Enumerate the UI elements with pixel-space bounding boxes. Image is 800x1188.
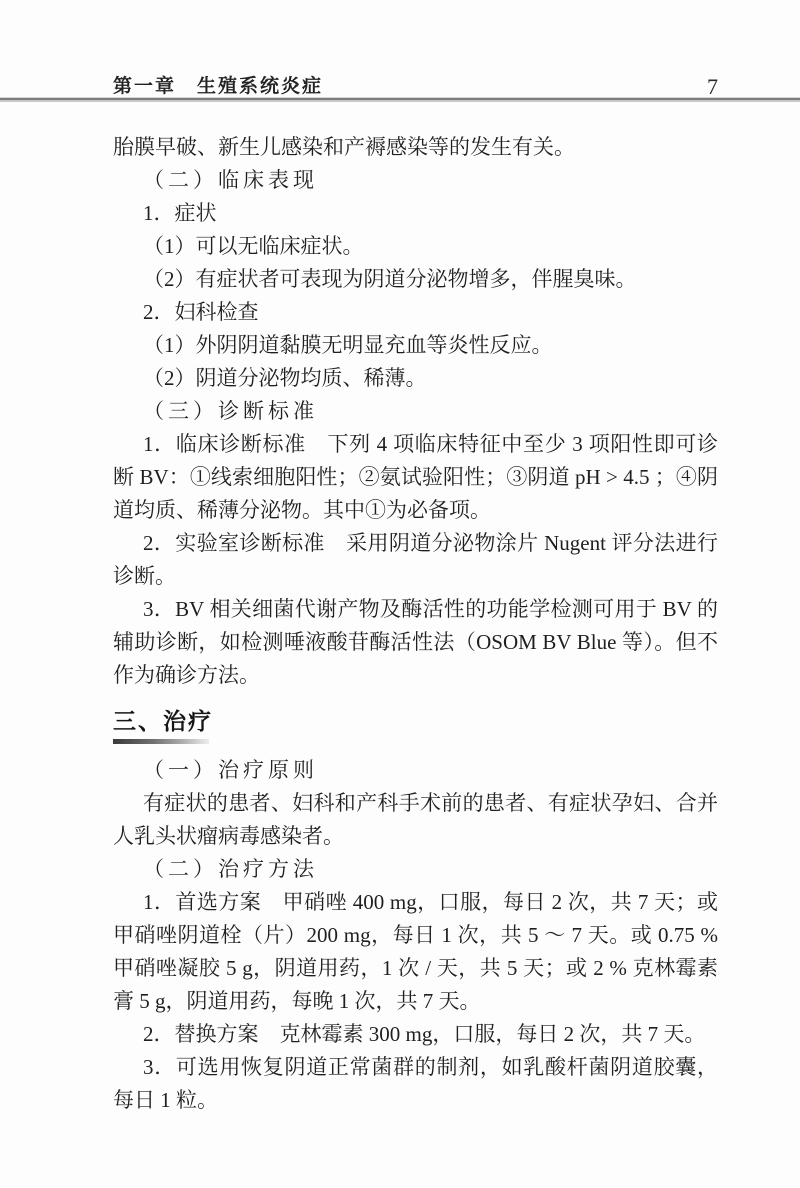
paragraph: 胎膜早破、新生儿感染和产褥感染等的发生有关。 — [113, 131, 718, 164]
paragraph: （1）外阴阴道黏膜无明显充血等炎性反应。 — [113, 329, 718, 362]
paragraph: （2）有症状者可表现为阴道分泌物增多，伴腥臭味。 — [113, 263, 718, 296]
paragraph: 2．替换方案 克林霉素 300 mg，口服，每日 2 次，共 7 天。 — [113, 1018, 718, 1051]
subsection-heading: （一）治疗原则 — [113, 754, 718, 787]
body-section-before-heading: 胎膜早破、新生儿感染和产褥感染等的发生有关。（二）临床表现1．症状（1）可以无临… — [113, 131, 718, 692]
paragraph: 2．实验室诊断标准 采用阴道分泌物涂片 Nugent 评分法进行诊断。 — [113, 527, 718, 593]
paragraph: （2）阴道分泌物均质、稀薄。 — [113, 362, 718, 395]
chapter-title: 第一章 生殖系统炎症 — [113, 71, 323, 98]
section-heading-underline — [113, 739, 209, 744]
body-section-after-heading: （一）治疗原则有症状的患者、妇科和产科手术前的患者、有症状孕妇、合并人乳头状瘤病… — [113, 754, 718, 1117]
page: 第一章 生殖系统炎症 7 胎膜早破、新生儿感染和产褥感染等的发生有关。（二）临床… — [0, 0, 800, 1188]
paragraph: 3．BV 相关细菌代谢产物及酶活性的功能学检测可用于 BV 的辅助诊断，如检测唾… — [113, 593, 718, 692]
paragraph: 1．症状 — [113, 197, 718, 230]
running-header: 第一章 生殖系统炎症 7 — [113, 66, 718, 98]
body-text: 胎膜早破、新生儿感染和产褥感染等的发生有关。（二）临床表现1．症状（1）可以无临… — [113, 131, 718, 1117]
paragraph: 有症状的患者、妇科和产科手术前的患者、有症状孕妇、合并人乳头状瘤病毒感染者。 — [113, 787, 718, 853]
page-number: 7 — [707, 76, 718, 98]
subsection-heading: （三）诊断标准 — [113, 395, 718, 428]
section-heading-text: 三、治疗 — [113, 708, 718, 736]
section-heading: 三、治疗 — [113, 708, 718, 744]
subsection-heading: （二）临床表现 — [113, 164, 718, 197]
paragraph: 3．可选用恢复阴道正常菌群的制剂，如乳酸杆菌阴道胶囊，每日 1 粒。 — [113, 1051, 718, 1117]
paragraph: （1）可以无临床症状。 — [113, 230, 718, 263]
paragraph: 2．妇科检查 — [113, 296, 718, 329]
paragraph: 1．临床诊断标准 下列 4 项临床特征中至少 3 项阳性即可诊断 BV：①线索细… — [113, 428, 718, 527]
paragraph: 1．首选方案 甲硝唑 400 mg，口服，每日 2 次，共 7 天；或甲硝唑阴道… — [113, 886, 718, 1018]
subsection-heading: （二）治疗方法 — [113, 853, 718, 886]
header-rule — [0, 97, 800, 102]
